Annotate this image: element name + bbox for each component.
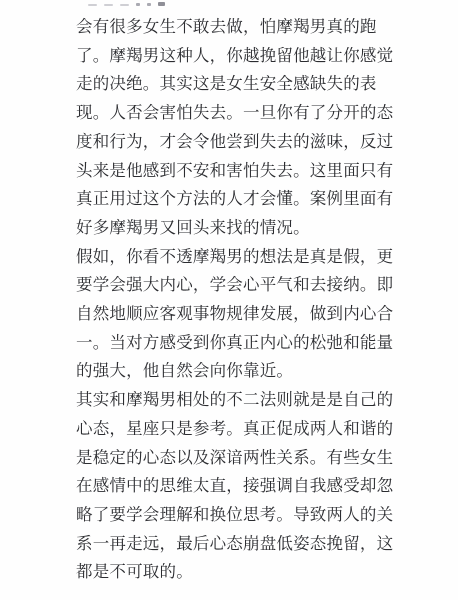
truncated-previous-line [88,1,165,6]
text-line: 自然地顺应客观事物规律发展，做到内心合 [76,300,396,329]
text-line: 会有很多女生不敢去做，怕摩羯男真的跑 [76,13,396,42]
paragraph: 其实和摩羯男相处的不二法则就是是自己的心态，星座只是参考。真正促成两人和谐的是稳… [76,386,396,587]
text-line: 假如，你看不透摩羯男的想法是真是假，更 [76,243,396,272]
cutoff-glyph-mark [104,4,113,6]
cutoff-glyph-mark [136,3,140,6]
text-line: 一。当对方感受到你真正内心的松弛和能量 [76,329,396,358]
cutoff-glyph-mark [120,4,129,6]
text-line: 要学会强大内心，学会心平气和去接纳。即 [76,271,396,300]
text-line: 是稳定的心态以及深谙两性关系。有些女生 [76,444,396,473]
text-line: 了。摩羯男这种人，你越挽留他越让你感觉 [76,42,396,71]
paragraph: 假如，你看不透摩羯男的想法是真是假，更要学会强大内心，学会心平气和去接纳。即自然… [76,243,396,387]
cutoff-glyph-mark [88,4,97,6]
text-line: 好多摩羯男又回头来找的情况。 [76,214,396,243]
text-line: 的强大，他自然会向你靠近。 [76,357,396,386]
text-line: 度和行为，才会令他尝到失去的滋味，反过 [76,128,396,157]
paragraph: 会有很多女生不敢去做，怕摩羯男真的跑了。摩羯男这种人，你越挽留他越让你感觉走的决… [76,13,396,243]
text-line: 都是不可取的。 [76,558,396,587]
text-line: 走的决绝。其实这是女生安全感缺失的表 [76,70,396,99]
text-line: 心态，星座只是参考。真正促成两人和谐的 [76,415,396,444]
text-line: 在感情中的思维太直，接强调自我感受却忽 [76,472,396,501]
cutoff-glyph-mark [147,3,151,6]
text-line: 真正用过这个方法的人才会懂。案例里面有 [76,185,396,214]
text-line: 现。人否会害怕失去。一旦你有了分开的态 [76,99,396,128]
text-line: 头来是他感到不安和害怕失去。这里面只有 [76,157,396,186]
text-line: 其实和摩羯男相处的不二法则就是是自己的 [76,386,396,415]
text-line: 系一再走远，最后心态崩盘低姿态挽留，这 [76,530,396,559]
text-line: 略了要学会理解和换位思考。导致两人的关 [76,501,396,530]
article-body: 会有很多女生不敢去做，怕摩羯男真的跑了。摩羯男这种人，你越挽留他越让你感觉走的决… [76,13,396,587]
cutoff-glyph-mark [158,2,165,6]
